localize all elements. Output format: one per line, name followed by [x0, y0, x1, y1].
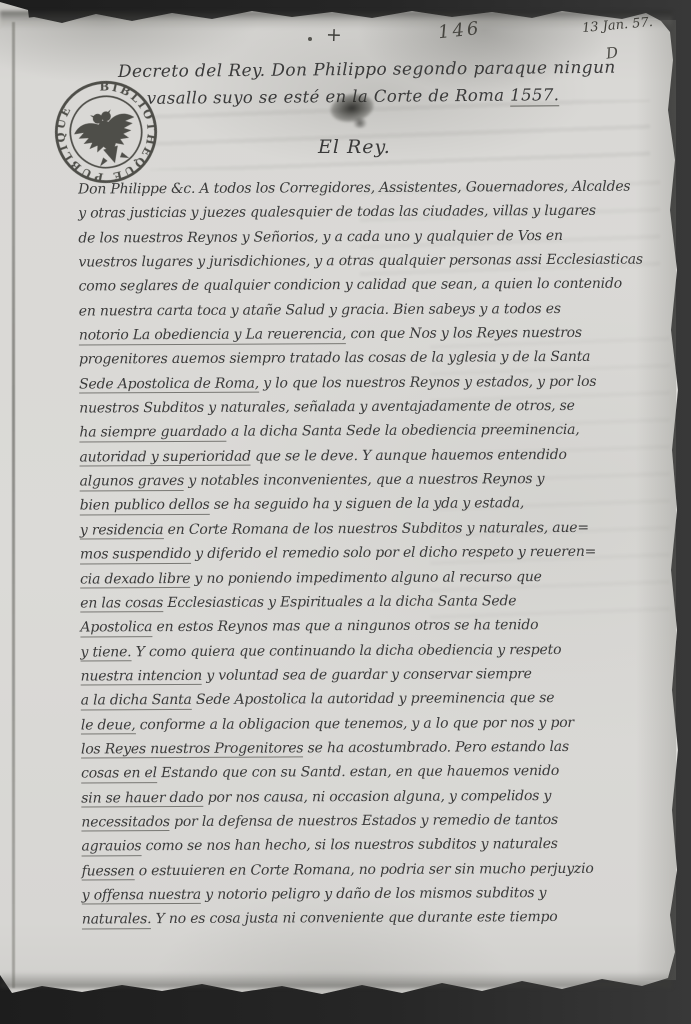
- manuscript-line: vuestros lugares y jurisdichiones, y a o…: [78, 248, 653, 275]
- manuscript-line: sin se hauer dado por nos causa, ni occa…: [81, 783, 656, 810]
- manuscript-line: ha siempre guardado a la dicha Santa Sed…: [79, 418, 654, 445]
- manuscript-line: cosas en el Estando que con su Santd. es…: [81, 759, 656, 786]
- manuscript-line: bien publico dellos se ha seguido ha y s…: [80, 491, 655, 518]
- ink-blot: [352, 118, 368, 128]
- manuscript-line: Apostolica en estos Reynos mas que a nin…: [80, 613, 655, 640]
- manuscript-line: fuessen o estuuieren en Corte Romana, no…: [82, 856, 657, 883]
- manuscript-line: nuestros Subditos y naturales, señalada …: [79, 394, 654, 421]
- manuscript-body: Don Philippe &c. A todos los Corregidore…: [78, 174, 657, 932]
- manuscript-line: en nuestra carta toca y atañe Salud y gr…: [79, 296, 654, 323]
- title-line-2-text: vasallo suyo se esté en la Corte de Roma: [147, 86, 510, 108]
- manuscript-line: mos suspendido y diferido el remedio sol…: [80, 540, 655, 567]
- salutation-el-rey: El Rey.: [318, 136, 391, 158]
- manuscript-line: y offensa nuestra y notorio peligro y da…: [82, 880, 657, 907]
- manuscript-line: cia dexado libre y no poniendo impedimen…: [80, 564, 655, 591]
- manuscript-line: de los nuestros Reynos y Señorios, y a c…: [78, 223, 653, 250]
- manuscript-line: como seglares de qualquier condicion y c…: [79, 272, 654, 299]
- manuscript-line: necessitados por la defensa de nuestros …: [81, 807, 656, 834]
- manuscript-line: Don Philippe &c. A todos los Corregidore…: [78, 174, 653, 201]
- bleedthrough-text: [150, 100, 650, 170]
- manuscript-line: progenitores auemos siempro tratado las …: [79, 345, 654, 372]
- manuscript-line: notorio La obediencia y La reuerencia, c…: [79, 321, 654, 348]
- ink-dot: [308, 37, 312, 41]
- manuscript-line: Sede Apostolica de Roma, y lo que los nu…: [79, 369, 654, 396]
- torn-edge-bottom: [0, 972, 672, 988]
- manuscript-line: nuestra intencion y voluntad sea de guar…: [81, 661, 656, 688]
- manuscript-line: le deue, conforme a la obligacion que te…: [81, 710, 656, 737]
- manuscript-line: algunos graves y notables inconvenientes…: [80, 467, 655, 494]
- manuscript-line: y tiene. Y como quiera que continuando l…: [80, 637, 655, 664]
- manuscript-line: en las cosas Ecclesiasticas y Espiritual…: [80, 588, 655, 615]
- manuscript-line: naturales. Y no es cosa justa ni conveni…: [82, 905, 657, 932]
- manuscript-line: y residencia en Corte Romana de los nues…: [80, 515, 655, 542]
- manuscript-line: y otras justicias y juezes qualesquier d…: [78, 199, 653, 226]
- title-line-1: Decreto del Rey. Don Philippo segondo pa…: [118, 58, 588, 82]
- folio-number: 146: [437, 18, 482, 43]
- manuscript-line: agrauios como se nos han hecho, si los n…: [81, 832, 656, 859]
- manuscript-page: + 146 13 Jan. 57. D BIBLIOTHEQUE PUBLIQU…: [0, 0, 691, 1024]
- binding-crease: [12, 22, 15, 988]
- manuscript-line: los Reyes nuestros Progenitores se ha ac…: [81, 734, 656, 761]
- collation-cross-mark: +: [326, 24, 343, 47]
- title-year-underlined: 1557.: [510, 85, 559, 106]
- manuscript-line: autoridad y superioridad que se le deve.…: [79, 442, 654, 469]
- manuscript-line: a la dicha Santa Sede Apostolica la auto…: [81, 686, 656, 713]
